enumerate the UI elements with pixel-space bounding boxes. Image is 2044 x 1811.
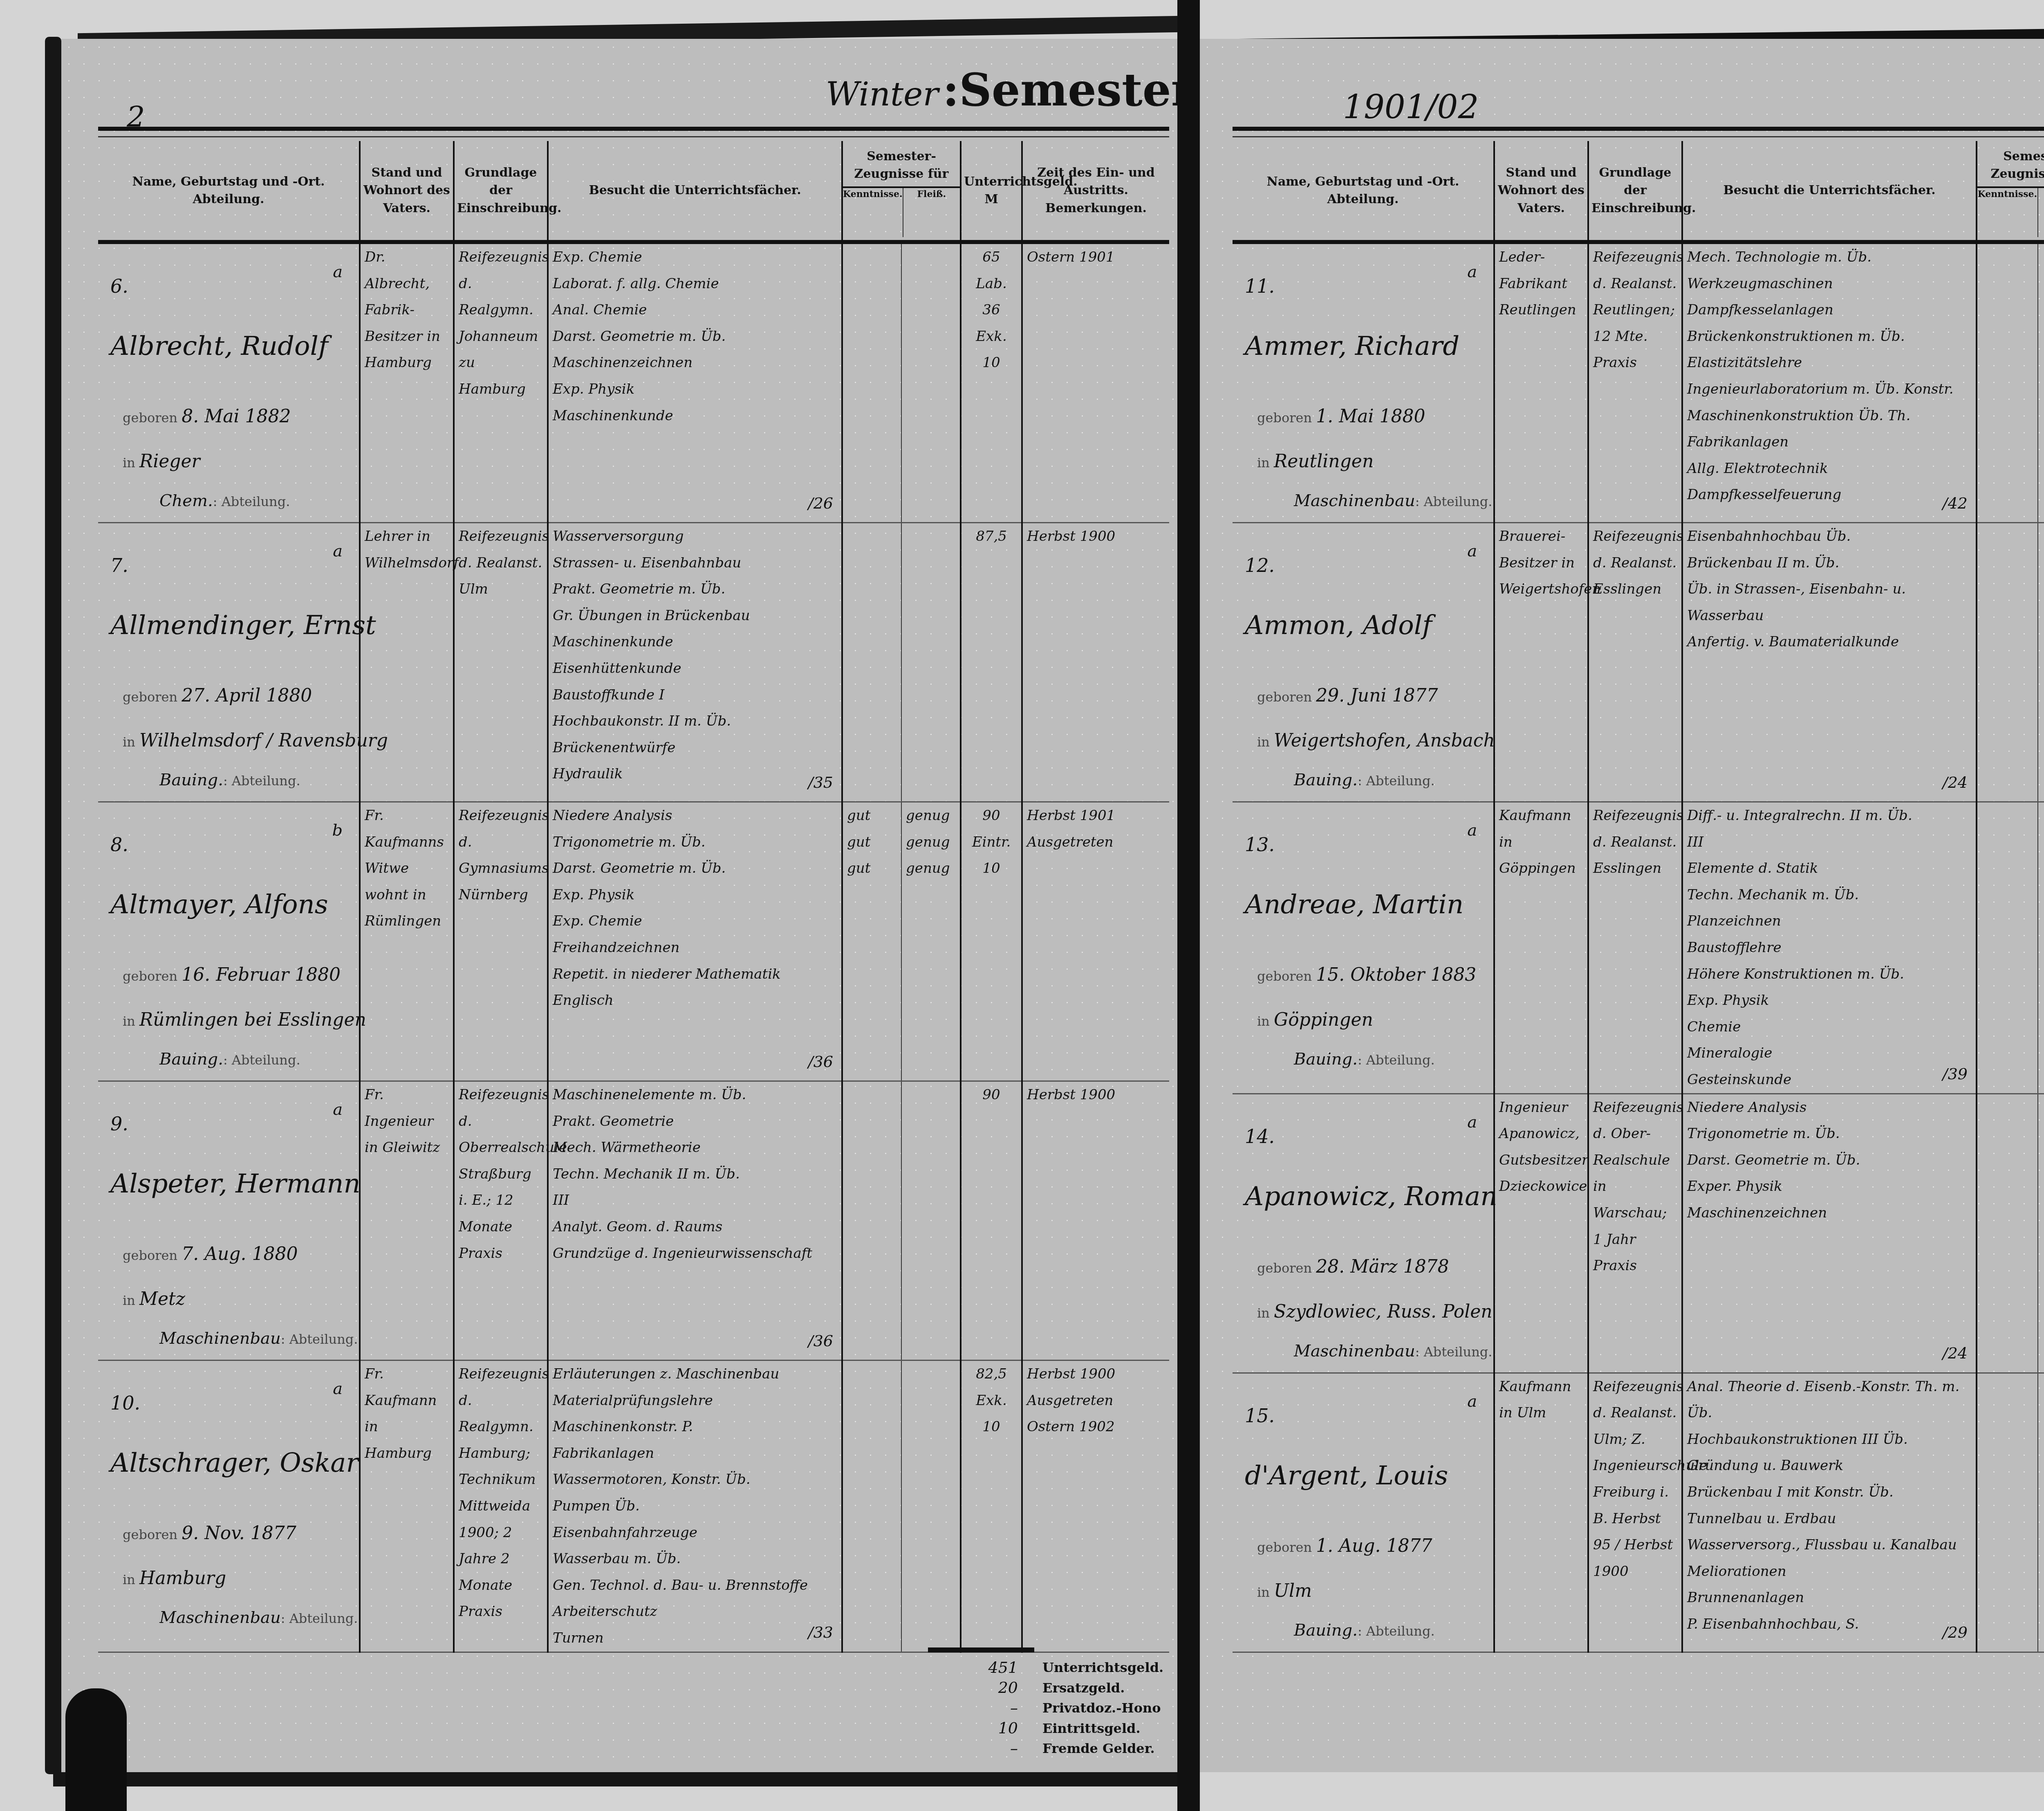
subject-item: Üb. in Strassen-, Eisenbahn- u. Wasserba… <box>1687 576 1972 629</box>
col-header-name: Name, Geburtstag und -Ort. Abteilung. <box>98 141 360 242</box>
born-label: geboren <box>123 1527 182 1542</box>
subject-item: Maschinenkunde <box>553 629 837 655</box>
birth-place: in Rümlingen bei Esslingen <box>123 1003 366 1037</box>
cell-remarks: Herbst 1901Ausgetreten <box>1022 802 1169 1081</box>
subject-item: Elastizitätslehre <box>1687 350 1972 376</box>
grade-fleiss: genug <box>906 829 956 856</box>
subject-item: Dampfkesselfeuerung <box>1687 482 1972 508</box>
subject-item: Wasserversorgung <box>553 523 837 550</box>
totals-rule-left <box>928 1647 1034 1652</box>
birth-place-value: Hamburg <box>139 1568 226 1589</box>
subject-item: Trigonometrie m. Üb. <box>553 829 837 856</box>
department-value: Maschinenbau <box>159 1329 281 1348</box>
department: Bauing.: Abteilung. <box>1294 1044 1435 1075</box>
birth-date-value: 9. Nov. 1877 <box>182 1523 296 1544</box>
subject-item: Elemente d. Statik <box>1687 855 1972 882</box>
birth-date-value: 27. April 1880 <box>182 685 312 706</box>
remark-line: Ausgetreten <box>1027 829 1165 856</box>
subject-item: Mech. Wärmetheorie <box>553 1134 837 1161</box>
subject-item: Eisenbahnhochbau Üb. <box>1687 523 1972 550</box>
cell-subjects: WasserversorgungStrassen- u. Eisenbahnba… <box>548 523 842 802</box>
born-label: geboren <box>123 410 182 426</box>
department-value: Bauing. <box>159 1050 223 1069</box>
cell-name: 7.aAllmendinger, Ernstgeboren 27. April … <box>98 523 360 802</box>
cell-kenntnisse <box>842 1360 901 1652</box>
grade-fleiss: genug <box>906 855 956 882</box>
birth-date: geboren 27. April 1880 <box>123 679 312 713</box>
subject-item: Diff.- u. Integralrechn. II m. Üb. <box>1687 802 1972 829</box>
division-letter: b <box>332 815 343 846</box>
fee-value: Exk. 10 <box>966 323 1017 376</box>
cell-fleiss <box>2038 1094 2044 1373</box>
birth-place-value: Reutlingen <box>1274 451 1374 472</box>
in-label: in <box>1257 1305 1274 1321</box>
subject-item: Wasserversorg., Flussbau u. Kanalbau <box>1687 1532 1972 1558</box>
subject-item: Meliorationen <box>1687 1558 1972 1585</box>
register-entry-row: 8.bAltmayer, Alfonsgeboren 16. Februar 1… <box>98 802 1169 1081</box>
subject-item: Darst. Geometrie m. Üb. <box>553 855 837 882</box>
cell-father: Fr. Ingenieur in Gleiwitz <box>360 1081 454 1360</box>
birth-date: geboren 1. Aug. 1877 <box>1257 1529 1432 1563</box>
fee-value: 82,5 <box>966 1361 1017 1387</box>
cell-name: 8.bAltmayer, Alfonsgeboren 16. Februar 1… <box>98 802 360 1081</box>
cell-remarks: Herbst 1900 <box>1022 523 1169 802</box>
department-label: : Abteilung. <box>1415 1344 1493 1360</box>
register-entry-row: 7.aAllmendinger, Ernstgeboren 27. April … <box>98 523 1169 802</box>
left-page: 2 Winter:Semester Name, Geburtstag und -… <box>61 39 1177 1772</box>
birth-place-value: Rieger <box>139 451 200 472</box>
cell-name: 13.aAndreae, Martingeboren 15. Oktober 1… <box>1233 802 1494 1094</box>
division-letter: a <box>333 1094 343 1125</box>
birth-date: geboren 29. Juni 1877 <box>1257 679 1438 713</box>
register-entry-row: 13.aAndreae, Martingeboren 15. Oktober 1… <box>1233 802 2044 1094</box>
born-label: geboren <box>1257 1540 1316 1555</box>
weekly-hours: /35 <box>808 768 833 797</box>
subject-item: Trigonometrie m. Üb. <box>1687 1121 1972 1147</box>
student-name: Albrecht, Rudolf <box>110 322 328 372</box>
semester-title: Winter:Semester <box>826 63 1195 116</box>
weekly-hours: /33 <box>808 1618 833 1647</box>
register-entry-row: 15.ad'Argent, Louisgeboren 1. Aug. 1877i… <box>1233 1373 2044 1652</box>
col-header-zeugnisse-label: Semester-Zeugnisse für <box>843 144 960 188</box>
division-letter: a <box>333 256 343 287</box>
subject-item: Pumpen Üb. <box>553 1493 837 1520</box>
birth-place: in Rieger <box>123 444 200 479</box>
cell-kenntnisse <box>1977 1373 2038 1652</box>
in-label: in <box>1257 734 1274 750</box>
cell-kenntnisse <box>842 1081 901 1360</box>
cell-father: Dr. Albrecht, Fabrik-Besitzer in Hamburg <box>360 242 454 523</box>
weekly-hours: /29 <box>1943 1618 1968 1647</box>
cell-father: Brauerei-Besitzer in Weigertshofen <box>1494 523 1588 802</box>
birth-date: geboren 28. März 1878 <box>1257 1250 1449 1284</box>
cell-fleiss <box>901 1081 961 1360</box>
birth-place: in Ulm <box>1257 1574 1312 1608</box>
fee-value: 65 <box>966 244 1017 271</box>
subject-item: Repetit. in niederer Mathematik <box>553 961 837 988</box>
entry-number: 12. <box>1245 548 1275 583</box>
born-label: geboren <box>1257 968 1316 984</box>
cell-subjects: Anal. Theorie d. Eisenb.-Konstr. Th. m. … <box>1682 1373 1977 1652</box>
subject-item: Chemie <box>1687 1014 1972 1040</box>
totals-values-left: 45120–10– <box>944 1658 1018 1759</box>
register-entry-row: 6.aAlbrecht, Rudolfgeboren 8. Mai 1882in… <box>98 242 1169 523</box>
subject-item: Gen. Technol. d. Bau- u. Brennstoffe <box>553 1572 837 1599</box>
subject-item: Englisch <box>553 987 837 1014</box>
subject-item: III <box>553 1187 837 1214</box>
header-rule-thin <box>98 136 1169 137</box>
student-name: Ammon, Adolf <box>1245 601 1432 651</box>
department-label: : Abteilung. <box>1415 494 1493 509</box>
weekly-hours: /24 <box>1943 768 1968 797</box>
cell-subjects: Niedere AnalysisTrigonometrie m. Üb.Dars… <box>548 802 842 1081</box>
subject-item: Fabrikanlagen <box>1687 429 1972 455</box>
student-name: Altmayer, Alfons <box>110 880 328 930</box>
cell-subjects: Maschinenelemente m. Üb.Prakt. Geometrie… <box>548 1081 842 1360</box>
col-header-stand: Stand und Wohnort des Vaters. <box>1494 141 1588 242</box>
col-header-grundlage: Grundlage der Einschreibung. <box>1588 141 1682 242</box>
cell-kenntnisse <box>1977 523 2038 802</box>
in-label: in <box>123 1572 139 1587</box>
department-label: : Abteilung. <box>213 494 290 509</box>
subject-item: Dampfkesselanlagen <box>1687 297 1972 323</box>
subject-item: Exp. Chemie <box>553 908 837 935</box>
subject-item: Baustoffkunde I <box>553 682 837 708</box>
department: Bauing.: Abteilung. <box>159 764 300 796</box>
cell-basis: Reifezeugnis d. Realanst. Ulm <box>454 523 548 802</box>
col-header-fleiss: Fleiß. <box>903 188 960 237</box>
total-label: Unterrichtsgeld. <box>1042 1658 1163 1678</box>
fee-value: Exk. 10 <box>966 1387 1017 1440</box>
col-header-stand: Stand und Wohnort des Vaters. <box>360 141 454 242</box>
total-label: Privatdoz.-Hono <box>1042 1698 1163 1719</box>
birth-place-value: Szydlowiec, Russ. Polen <box>1274 1301 1493 1322</box>
birth-place-value: Göppingen <box>1274 1009 1373 1030</box>
cell-kenntnisse: gutgutgut <box>842 802 901 1081</box>
remark-line: Herbst 1900 <box>1027 1082 1165 1108</box>
entry-number: 10. <box>110 1385 140 1421</box>
register-table-right: Name, Geburtstag und -Ort. Abteilung. St… <box>1233 141 2044 1653</box>
cell-basis: Reifezeugnis d. Realanst. Ulm; Z. Ingeni… <box>1588 1373 1682 1652</box>
birth-date-value: 15. Oktober 1883 <box>1316 964 1476 985</box>
subject-item: Baustofflehre <box>1687 935 1972 961</box>
cell-basis: Reifezeugnis d. Gymnasiums Nürnberg <box>454 802 548 1081</box>
weekly-hours: /36 <box>808 1047 833 1076</box>
subject-item: Wassermotoren, Konstr. Üb. <box>553 1466 837 1493</box>
subject-item: III <box>1687 829 1972 856</box>
cell-father: Ingenieur Apanowicz, Gutsbesitzer Dzieck… <box>1494 1094 1588 1373</box>
subject-item: Prakt. Geometrie m. Üb. <box>553 576 837 603</box>
subject-item: Allg. Elektrotechnik <box>1687 455 1972 482</box>
cell-subjects: Exp. ChemieLaborat. f. allg. ChemieAnal.… <box>548 242 842 523</box>
subject-item: Darst. Geometrie m. Üb. <box>553 323 837 350</box>
division-letter: a <box>1467 815 1477 846</box>
subject-item: Erläuterungen z. Maschinenbau <box>553 1361 837 1387</box>
cell-basis: Reifezeugnis d. Realanst. Esslingen <box>1588 802 1682 1094</box>
department: Maschinenbau: Abteilung. <box>159 1602 358 1633</box>
remark-line: Ostern 1901 <box>1027 244 1165 271</box>
cell-name: 14.aApanowicz, Romangeboren 28. März 187… <box>1233 1094 1494 1373</box>
in-label: in <box>123 1293 139 1308</box>
department: Chem.: Abteilung. <box>159 485 290 516</box>
book-spine <box>1177 0 1200 1811</box>
fee-value: 87,5 <box>966 523 1017 550</box>
subject-item: Hydraulik <box>553 761 837 787</box>
in-label: in <box>123 734 139 750</box>
subject-item: Exper. Physik <box>1687 1173 1972 1200</box>
cell-remarks: Herbst 1900 <box>1022 1081 1169 1360</box>
col-header-fleiss: Fleiß. <box>2037 188 2044 237</box>
cell-fleiss <box>2038 242 2044 523</box>
in-label: in <box>123 1013 139 1029</box>
cell-father: Kaufmann in Ulm <box>1494 1373 1588 1652</box>
total-value: – <box>944 1698 1018 1718</box>
student-name: Allmendinger, Ernst <box>110 601 376 651</box>
division-letter: a <box>1467 1107 1477 1138</box>
department: Bauing.: Abteilung. <box>159 1044 300 1075</box>
total-label: Ersatzgeld. <box>1042 1678 1163 1699</box>
weekly-hours: /24 <box>1943 1338 1968 1368</box>
subject-item: Niedere Analysis <box>553 802 837 829</box>
subject-item: Exp. Chemie <box>553 244 837 271</box>
subject-item: Grundzüge d. Ingenieurwissenschaft <box>553 1240 837 1267</box>
cell-name: 9.aAlspeter, Hermanngeboren 7. Aug. 1880… <box>98 1081 360 1360</box>
col-header-grundlage: Grundlage der Einschreibung. <box>454 141 548 242</box>
entry-number: 11. <box>1245 269 1275 304</box>
department: Bauing.: Abteilung. <box>1294 764 1435 796</box>
birth-date: geboren 16. Februar 1880 <box>123 958 341 992</box>
col-header-besucht: Besucht die Unterrichtsfächer. <box>1682 141 1977 242</box>
cell-subjects: Mech. Technologie m. Üb.Werkzeugmaschine… <box>1682 242 1977 523</box>
birth-place: in Hamburg <box>123 1561 226 1596</box>
subject-item: Exp. Physik <box>553 882 837 908</box>
cell-subjects: Niedere AnalysisTrigonometrie m. Üb.Dars… <box>1682 1094 1977 1373</box>
division-letter: a <box>1467 536 1477 567</box>
born-label: geboren <box>1257 1260 1316 1276</box>
weekly-hours: /36 <box>808 1326 833 1356</box>
col-header-kenntnisse: Kenntnisse. <box>1977 188 2037 237</box>
subject-item: Gr. Übungen in Brückenbau <box>553 603 837 629</box>
cell-fleiss <box>901 242 961 523</box>
department-value: Chem. <box>159 491 213 510</box>
subject-item: Arbeiterschutz <box>553 1598 837 1625</box>
subject-item: Planzeichnen <box>1687 908 1972 935</box>
remark-line: Herbst 1901 <box>1027 802 1165 829</box>
subject-item: Hochbaukonstruktionen III Üb. <box>1687 1426 1972 1453</box>
born-label: geboren <box>1257 410 1316 426</box>
subject-item: Fabrikanlagen <box>553 1440 837 1467</box>
student-name: Apanowicz, Roman <box>1245 1172 1497 1222</box>
cell-fee: 90 <box>961 1081 1022 1360</box>
header-rule <box>1233 127 2044 131</box>
department-value: Bauing. <box>1294 1050 1358 1069</box>
col-header-name: Name, Geburtstag und -Ort. Abteilung. <box>1233 141 1494 242</box>
cell-basis: Reifezeugnis d. Oberrealschule Straßburg… <box>454 1081 548 1360</box>
cell-kenntnisse <box>842 242 901 523</box>
subject-item: Werkzeugmaschinen <box>1687 271 1972 297</box>
cell-basis: Reifezeugnis d. Ober-Realschule in Warsc… <box>1588 1094 1682 1373</box>
subject-item: Ingenieurlaboratorium m. Üb. Konstr. <box>1687 376 1972 403</box>
cell-subjects: Diff.- u. Integralrechn. II m. Üb.IIIEle… <box>1682 802 1977 1094</box>
fee-value: 90 <box>966 802 1017 829</box>
cell-name: 12.aAmmon, Adolfgeboren 29. Juni 1877in … <box>1233 523 1494 802</box>
weekly-hours: /39 <box>1943 1059 1968 1089</box>
subject-item: Brunnenanlagen <box>1687 1585 1972 1611</box>
subject-item: Darst. Geometrie m. Üb. <box>1687 1147 1972 1174</box>
entry-number: 7. <box>110 548 128 583</box>
born-label: geboren <box>123 689 182 705</box>
fee-value: Lab. <box>966 271 1017 297</box>
col-header-zeit: Zeit des Ein- und Austritts. Bemerkungen… <box>1022 141 1169 242</box>
subject-item: Prakt. Geometrie <box>553 1108 837 1135</box>
subject-item: Wasserbau m. Üb. <box>553 1546 837 1572</box>
col-header-kenntnisse: Kenntnisse. <box>843 188 903 237</box>
birth-place: in Szydlowiec, Russ. Polen <box>1257 1295 1493 1329</box>
subject-item: Techn. Mechanik m. Üb. <box>1687 882 1972 908</box>
subject-item: Anfertig. v. Baumaterialkunde <box>1687 629 1972 655</box>
subject-item: Techn. Mechanik II m. Üb. <box>553 1161 837 1188</box>
birth-date-value: 28. März 1878 <box>1316 1256 1449 1277</box>
subject-item: Eisenhüttenkunde <box>553 655 837 682</box>
birth-date-value: 7. Aug. 1880 <box>182 1244 298 1264</box>
totals-block-left: 45120–10– Unterrichtsgeld.Ersatzgeld.Pri… <box>944 1658 1173 1780</box>
totals-labels-left: Unterrichtsgeld.Ersatzgeld.Privatdoz.-Ho… <box>1042 1658 1163 1759</box>
birth-date-value: 16. Februar 1880 <box>182 964 341 985</box>
subject-item: Turnen <box>553 1625 837 1652</box>
student-name: Altschrager, Oskar <box>110 1439 359 1488</box>
birth-date: geboren 15. Oktober 1883 <box>1257 958 1476 992</box>
fee-value: Eintr. <box>966 829 1017 856</box>
subject-item: Brückenbau II m. Üb. <box>1687 550 1972 576</box>
department: Bauing.: Abteilung. <box>1294 1615 1435 1646</box>
cell-fleiss <box>2038 1373 2044 1652</box>
birth-date: geboren 9. Nov. 1877 <box>123 1516 296 1551</box>
total-label: Eintrittsgeld. <box>1042 1719 1163 1739</box>
cell-fee: 65Lab.36Exk. 10 <box>961 242 1022 523</box>
division-letter: a <box>1467 256 1477 287</box>
department: Maschinenbau: Abteilung. <box>159 1323 358 1354</box>
birth-place-value: Wilhelmsdorf / Ravensburg <box>139 730 388 751</box>
remark-line: Herbst 1900 <box>1027 1361 1165 1387</box>
subject-item: Gründung u. Bauwerk <box>1687 1452 1972 1479</box>
birth-date: geboren 7. Aug. 1880 <box>123 1237 298 1271</box>
semester-title-handwritten: Winter <box>826 75 939 113</box>
division-letter: a <box>1467 1386 1477 1417</box>
birth-date-value: 1. Mai 1880 <box>1316 406 1425 427</box>
subject-item: Eisenbahnfahrzeuge <box>553 1520 837 1546</box>
birth-place-value: Weigertshofen, Ansbach <box>1274 730 1495 751</box>
cell-fee: 90Eintr.10 <box>961 802 1022 1081</box>
birth-place: in Metz <box>123 1282 185 1316</box>
register-entry-row: 11.aAmmer, Richardgeboren 1. Mai 1880in … <box>1233 242 2044 523</box>
subject-item: Höhere Konstruktionen m. Üb. <box>1687 961 1972 988</box>
fee-value: 36 <box>966 297 1017 323</box>
subject-item: P. Eisenbahnhochbau, S. <box>1687 1611 1972 1638</box>
subject-item: Maschinenkonstruktion Üb. Th. <box>1687 403 1972 429</box>
entry-number: 8. <box>110 827 128 863</box>
subject-item: Brückenentwürfe <box>553 735 837 761</box>
entry-number: 14. <box>1245 1119 1275 1154</box>
student-name: Andreae, Martin <box>1245 880 1464 930</box>
birth-place-value: Ulm <box>1274 1580 1312 1601</box>
total-label: Fremde Gelder. <box>1042 1739 1163 1759</box>
thumb-shadow <box>65 1688 127 1811</box>
cell-father: Leder-Fabrikant Reutlingen <box>1494 242 1588 523</box>
birth-date-value: 8. Mai 1882 <box>182 406 291 427</box>
student-name: Alspeter, Hermann <box>110 1159 361 1209</box>
cell-fee: 82,5Exk. 10 <box>961 1360 1022 1652</box>
subject-item: Strassen- u. Eisenbahnbau <box>553 550 837 576</box>
cell-fleiss <box>901 523 961 802</box>
department-value: Bauing. <box>1294 771 1358 789</box>
cell-fleiss <box>2038 523 2044 802</box>
entry-number: 15. <box>1245 1398 1275 1434</box>
cell-basis: Reifezeugnis d. Realgymn. Johanneum zu H… <box>454 242 548 523</box>
subject-item: Mech. Technologie m. Üb. <box>1687 244 1972 271</box>
col-header-zeugnisse-label: Semester-Zeugnisse für <box>1977 144 2044 188</box>
cell-kenntnisse <box>1977 242 2038 523</box>
subject-item: Maschinenzeichnen <box>1687 1200 1972 1226</box>
department-label: : Abteilung. <box>223 773 300 789</box>
subject-item: Laborat. f. allg. Chemie <box>553 271 837 297</box>
register-table-left: Name, Geburtstag und -Ort. Abteilung. St… <box>98 141 1169 1653</box>
student-name: d'Argent, Louis <box>1245 1451 1448 1501</box>
cell-name: 15.ad'Argent, Louisgeboren 1. Aug. 1877i… <box>1233 1373 1494 1652</box>
department-value: Maschinenbau <box>1294 491 1415 510</box>
department-label: : Abteilung. <box>1358 1623 1435 1639</box>
weekly-hours: /42 <box>1943 489 1968 518</box>
born-label: geboren <box>123 968 182 984</box>
subject-item: Maschinenelemente m. Üb. <box>553 1082 837 1108</box>
grade-fleiss: genug <box>906 802 956 829</box>
subject-item: Maschinenkonstr. P. <box>553 1414 837 1440</box>
birth-place-value: Rümlingen bei Esslingen <box>139 1009 366 1030</box>
subject-item: Maschinenzeichnen <box>553 350 837 376</box>
cell-remarks: Ostern 1901 <box>1022 242 1169 523</box>
department-value: Maschinenbau <box>1294 1342 1415 1360</box>
cell-father: Fr. Kaufmann in Hamburg <box>360 1360 454 1652</box>
born-label: geboren <box>123 1248 182 1263</box>
subject-item: Anal. Chemie <box>553 297 837 323</box>
subject-item: Niedere Analysis <box>1687 1094 1972 1121</box>
cell-fleiss: genuggenuggenug <box>901 802 961 1081</box>
born-label: geboren <box>1257 689 1316 705</box>
book-cover-edge-left <box>45 37 61 1774</box>
register-entry-row: 10.aAltschrager, Oskargeboren 9. Nov. 18… <box>98 1360 1169 1652</box>
department: Maschinenbau: Abteilung. <box>1294 485 1492 516</box>
birth-place: in Wilhelmsdorf / Ravensburg <box>123 724 388 758</box>
cell-kenntnisse <box>1977 1094 2038 1373</box>
entry-number: 9. <box>110 1106 128 1142</box>
register-entry-row: 12.aAmmon, Adolfgeboren 29. Juni 1877in … <box>1233 523 2044 802</box>
division-letter: a <box>333 1373 343 1404</box>
department-label: : Abteilung. <box>1358 1052 1435 1068</box>
semester-title-printed: Semester <box>959 63 1195 116</box>
header-rule-thin <box>1233 136 2044 137</box>
right-page: 1901/02 3 Name, Geburtstag und -Ort. Abt… <box>1200 39 2044 1772</box>
cell-fleiss <box>901 1360 961 1652</box>
cell-father: Fr. Kaufmanns Witwe wohnt in Rümlingen <box>360 802 454 1081</box>
subject-item: Materialprüfungslehre <box>553 1387 837 1414</box>
birth-place: in Weigertshofen, Ansbach <box>1257 724 1495 758</box>
remark-line: Ostern 1902 <box>1027 1414 1165 1440</box>
department-value: Bauing. <box>1294 1621 1358 1640</box>
subject-item: Mineralogie <box>1687 1040 1972 1067</box>
header-rule <box>98 127 1169 131</box>
grade-kenntnisse: gut <box>847 855 897 882</box>
subject-item: Maschinenkunde <box>553 403 837 429</box>
cell-name: 10.aAltschrager, Oskargeboren 9. Nov. 18… <box>98 1360 360 1652</box>
